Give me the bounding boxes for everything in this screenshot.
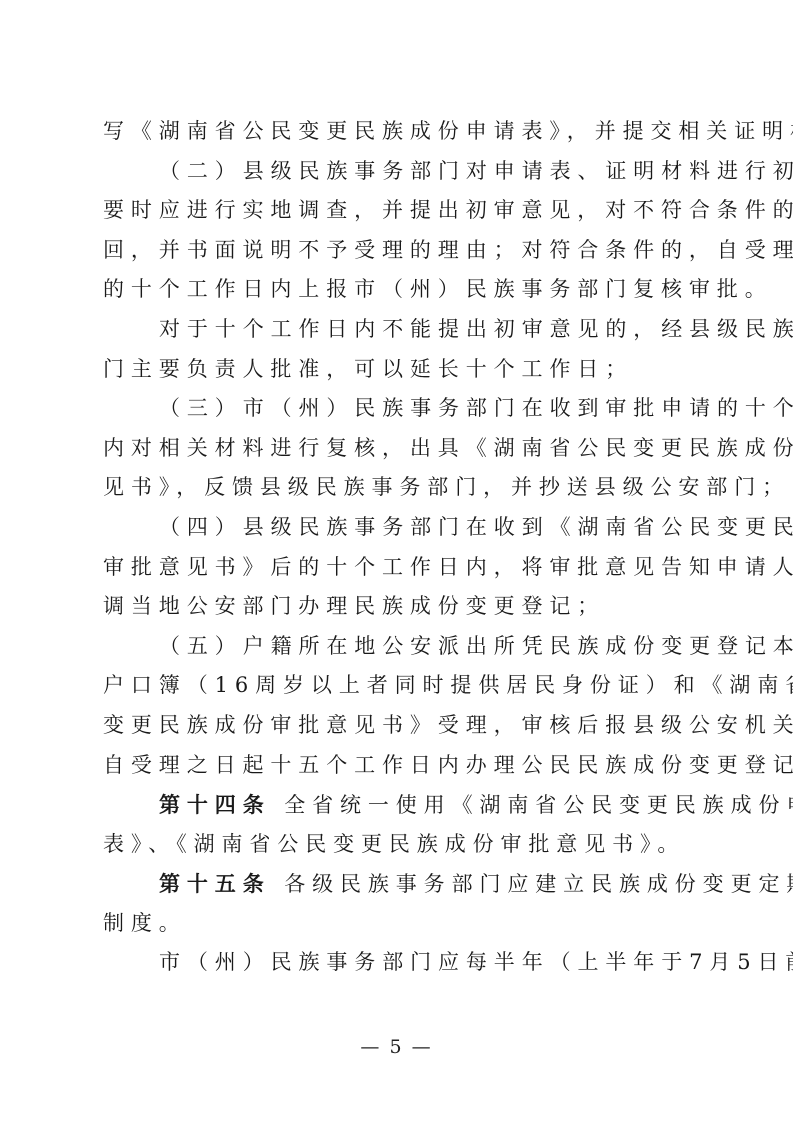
article-14-heading: 第十四条 bbox=[159, 792, 271, 817]
text-line-item-5: （五）户籍所在地公安派出所凭民族成份变更登记本人居民 bbox=[103, 627, 693, 667]
article-14-continuation: 表》、《湖南省公民变更民族成份审批意见书》。 bbox=[103, 825, 693, 865]
text-line: 调当地公安部门办理民族成份变更登记； bbox=[103, 587, 693, 627]
text-line: 门主要负责人批准，可以延长十个工作日； bbox=[103, 350, 693, 390]
text-line: 的十个工作日内上报市（州）民族事务部门复核审批。 bbox=[103, 270, 693, 310]
text-line-extension: 对于十个工作日内不能提出初审意见的，经县级民族事务部 bbox=[103, 310, 693, 350]
text-line: 户口簿（16周岁以上者同时提供居民身份证）和《湖南省公民 bbox=[103, 666, 693, 706]
text-line-item-3: （三）市（州）民族事务部门在收到审批申请的十个工作日 bbox=[103, 389, 693, 429]
article-14: 第十四条 全省统一使用《湖南省公民变更民族成份申请 bbox=[103, 785, 693, 825]
article-15-heading: 第十五条 bbox=[159, 871, 271, 896]
text-line: 见书》，反馈县级民族事务部门，并抄送县级公安部门； bbox=[103, 468, 693, 508]
text-line: 写《湖南省公民变更民族成份申请表》，并提交相关证明材料； bbox=[103, 112, 693, 152]
text-line: 审批意见书》后的十个工作日内，将审批意见告知申请人，并协 bbox=[103, 548, 693, 588]
text-line-item-4: （四）县级民族事务部门在收到《湖南省公民变更民族成份 bbox=[103, 508, 693, 548]
text-line: 内对相关材料进行复核，出具《湖南省公民变更民族成份审批意 bbox=[103, 429, 693, 469]
text-line: 自受理之日起十五个工作日内办理公民民族成份变更登记。 bbox=[103, 746, 693, 786]
text-line: 回，并书面说明不予受理的理由；对符合条件的，自受理之日起 bbox=[103, 231, 693, 271]
text-line: 变更民族成份审批意见书》受理，审核后报县级公安机关核准， bbox=[103, 706, 693, 746]
article-14-text: 全省统一使用《湖南省公民变更民族成份申请 bbox=[284, 793, 793, 817]
document-body: 写《湖南省公民变更民族成份申请表》，并提交相关证明材料； （二）县级民族事务部门… bbox=[103, 112, 693, 983]
text-line: 要时应进行实地调查，并提出初审意见，对不符合条件的予以退 bbox=[103, 191, 693, 231]
article-15: 第十五条 各级民族事务部门应建立民族成份变更定期备案 bbox=[103, 864, 693, 904]
page-number: — 5 — bbox=[0, 1036, 793, 1058]
article-15-continuation: 制度。 bbox=[103, 904, 693, 944]
article-15-text: 各级民族事务部门应建立民族成份变更定期备案 bbox=[284, 872, 793, 896]
article-15-paragraph-2: 市（州）民族事务部门应每半年（上半年于7月5日前，下 bbox=[103, 943, 693, 983]
text-line-item-2: （二）县级民族事务部门对申请表、证明材料进行初审，必 bbox=[103, 152, 693, 192]
